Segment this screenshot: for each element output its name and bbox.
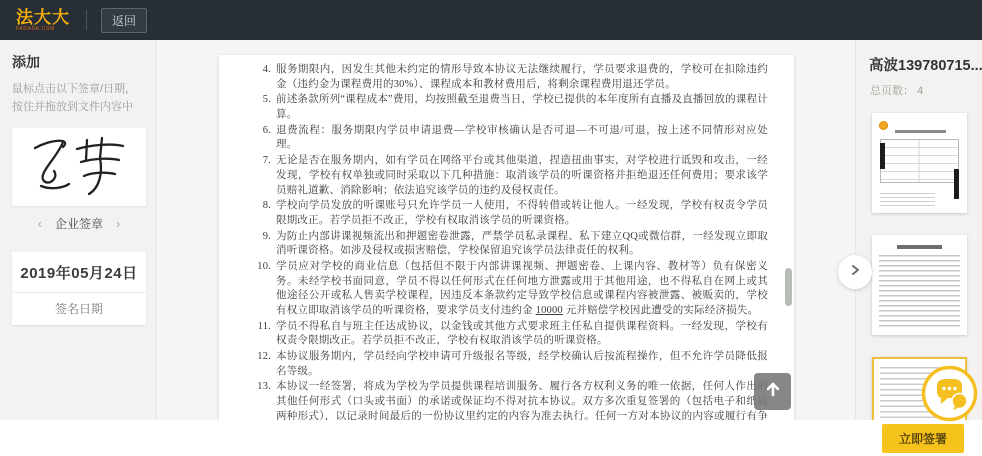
clause-number: 8.: [253, 199, 276, 228]
document-clause: 10. 学员应对学校的商业信息（包括但不限于内部讲课视频、押题密卷、上课内容、教…: [253, 260, 768, 319]
thumb-logo-icon: [879, 121, 888, 130]
date-stamp-card[interactable]: 2019年05月24日 签名日期: [12, 252, 146, 325]
clause-number: 13.: [253, 380, 276, 420]
signature-stamp-card[interactable]: [12, 128, 146, 206]
page-thumbnail-1[interactable]: [872, 113, 967, 213]
document-viewer: 4. 服务期限内，因发生其他未约定的情形导致本协议无法继续履行，学员要求退费的，…: [157, 40, 855, 420]
logo-subtext: fadada.com: [16, 27, 70, 32]
document-clauses: 4. 服务期限内，因发生其他未约定的情形导致本协议无法继续履行，学员要求退费的，…: [253, 63, 768, 420]
topbar-divider: [86, 10, 87, 30]
clause-number: 10.: [253, 260, 276, 319]
seal-selector-label: 企业签章: [55, 215, 103, 232]
clause-text: 本协议一经签署，将成为学校为学员提供课程培训服务、履行各方权利义务的唯一依据，任…: [276, 380, 768, 420]
right-panel: 高波139780715... 总页数： 4: [855, 40, 982, 420]
clause-text: 学校向学员发放的听课账号只允许学员一人使用，不得转借或转让他人。一经发现，学校有…: [276, 199, 768, 228]
total-pages: 总页数： 4: [856, 82, 982, 98]
document-clause: 6. 退费流程：服务期限内学员申请退费—学校审核确认是否可退—不可退/可退，按上…: [253, 124, 768, 153]
topbar: 法大大 fadada.com 返回: [0, 0, 982, 40]
main-area: 添加 鼠标点击以下签章/日期，按住并拖放到文件内容中: [0, 40, 982, 420]
back-button[interactable]: 返回: [101, 8, 147, 33]
document-clause: 8. 学校向学员发放的听课账号只允许学员一人使用，不得转借或转让他人。一经发现，…: [253, 199, 768, 228]
clause-text: 本协议服务期内，学员经向学校申请可升级报名等级，经学校确认后按流程操作，但不允许…: [276, 350, 768, 379]
total-pages-count: 4: [917, 85, 923, 97]
logo-text: 法大大: [16, 9, 70, 26]
clause-number: 11.: [253, 320, 276, 349]
clause-number: 9.: [253, 230, 276, 259]
document-clause: 7. 无论是否在服务期内，如有学员在网络平台或其他渠道，捏造扭曲事实，对学校进行…: [253, 154, 768, 198]
add-hint: 鼠标点击以下签章/日期，按住并拖放到文件内容中: [12, 80, 146, 116]
date-label: 签名日期: [12, 292, 146, 325]
clause-text: 为防止内部讲课视频流出和押题密卷泄露，严禁学员私录课程、私下建立QQ或微信群，一…: [276, 230, 768, 259]
customer-service-chat-button[interactable]: [921, 365, 978, 422]
document-clause: 5. 前述条款所列“课程成本”费用，均按照截至退费当日，学校已提供的本年度所有直…: [253, 93, 768, 122]
add-title: 添加: [12, 52, 146, 72]
seal-next-icon[interactable]: ›: [116, 216, 120, 231]
clause-number: 7.: [253, 154, 276, 198]
document-clause: 13. 本协议一经签署，将成为学校为学员提供课程培训服务、履行各方权利义务的唯一…: [253, 380, 768, 420]
clause-text: 无论是否在服务期内，如有学员在网络平台或其他渠道，捏造扭曲事实，对学校进行诋毁和…: [276, 154, 768, 198]
clause-text: 服务期限内，因发生其他未约定的情形导致本协议无法继续履行，学员要求退费的，学校可…: [276, 63, 768, 92]
sign-now-button[interactable]: 立即签署: [882, 424, 964, 453]
seal-prev-icon[interactable]: ‹: [38, 216, 42, 231]
arrow-up-icon: [763, 379, 783, 404]
document-clause: 4. 服务期限内，因发生其他未约定的情形导致本协议无法继续履行，学员要求退费的，…: [253, 63, 768, 92]
clause-number: 5.: [253, 93, 276, 122]
date-value: 2019年05月24日: [12, 252, 146, 292]
signer-name: 高波139780715...: [856, 54, 982, 75]
handwritten-signature-icon: [27, 134, 131, 201]
left-panel: 添加 鼠标点击以下签章/日期，按住并拖放到文件内容中: [0, 40, 157, 420]
clause-number: 12.: [253, 350, 276, 379]
total-pages-label: 总页数：: [870, 85, 914, 97]
clause-text: 学员应对学校的商业信息（包括但不限于内部讲课视频、押题密卷、上课内容、教材等）负…: [276, 260, 768, 319]
clause-number: 6.: [253, 124, 276, 153]
clause-text: 学员不得私自与班主任达成协议，以金钱或其他方式要求班主任私自提供课程资料。一经发…: [276, 320, 768, 349]
page-thumbnail-2[interactable]: [872, 235, 967, 335]
seal-selector: ‹ 企业签章 ›: [12, 215, 146, 232]
page-scrollbar[interactable]: [785, 268, 792, 306]
scroll-to-top-button[interactable]: [754, 373, 791, 410]
document-page: 4. 服务期限内，因发生其他未约定的情形导致本协议无法继续履行，学员要求退费的，…: [219, 55, 794, 420]
panel-expand-toggle[interactable]: [838, 255, 872, 289]
document-clause: 9. 为防止内部讲课视频流出和押题密卷泄露，严禁学员私录课程、私下建立QQ或微信…: [253, 230, 768, 259]
chevron-right-icon: [849, 263, 861, 281]
clause-text: 前述条款所列“课程成本”费用，均按照截至退费当日，学校已提供的本年度所有直播及直…: [276, 93, 768, 122]
document-clause: 11. 学员不得私自与班主任达成协议，以金钱或其他方式要求班主任私自提供课程资料…: [253, 320, 768, 349]
fadada-logo[interactable]: 法大大 fadada.com: [16, 9, 70, 32]
clause-number: 4.: [253, 63, 276, 92]
chat-bubbles-icon: [921, 409, 978, 426]
clause-text: 退费流程：服务期限内学员申请退费—学校审核确认是否可退—不可退/可退，按上述不同…: [276, 124, 768, 153]
footer-bar: 立即签署: [0, 420, 982, 456]
document-clause: 12. 本协议服务期内，学员经向学校申请可升级报名等级，经学校确认后按流程操作，…: [253, 350, 768, 379]
